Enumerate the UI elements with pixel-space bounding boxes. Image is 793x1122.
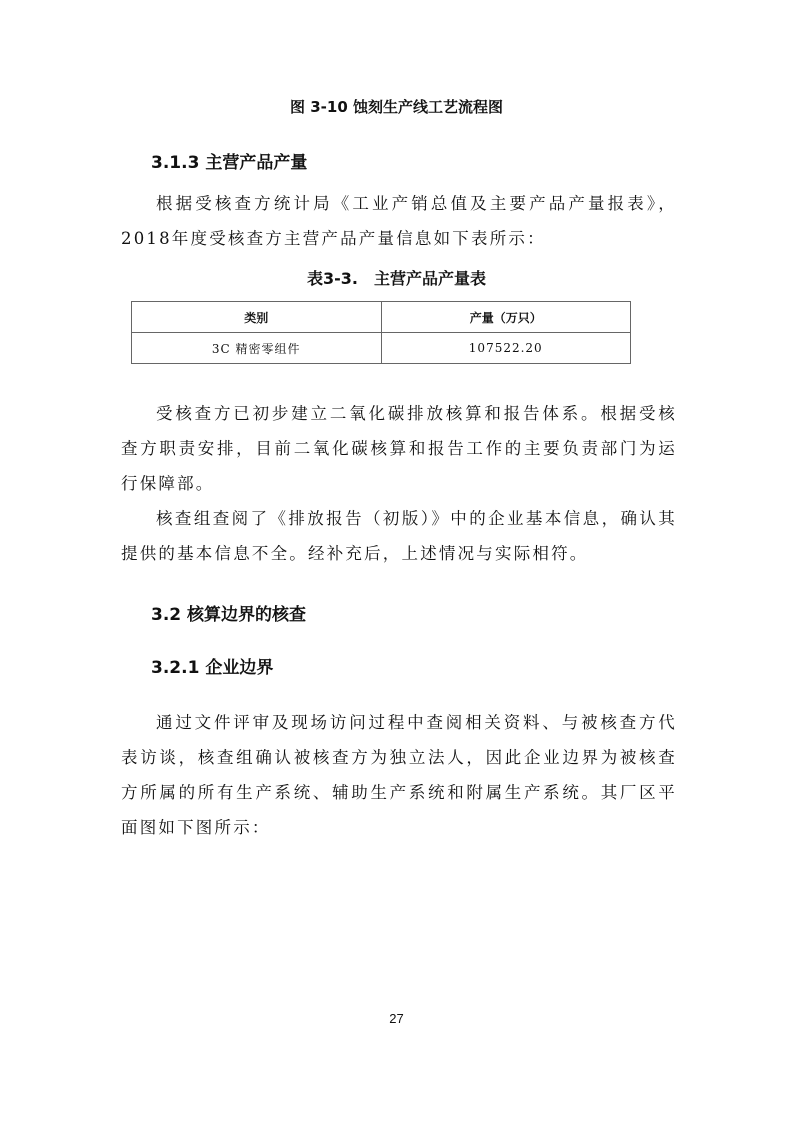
figure-caption: 图 3-10 蚀刻生产线工艺流程图 [0,96,793,117]
cell-output: 107522.20 [381,333,631,364]
product-output-table: 类别 产量（万只） 3C 精密零组件 107522.20 [131,301,631,364]
table-title: 表3-3. 主营产品产量表 [0,266,793,289]
section-heading-3-2-1: 3.2.1 企业边界 [151,653,273,678]
table-header-row: 类别 产量（万只） [132,302,631,333]
paragraph-enterprise-boundary: 通过文件评审及现场访问过程中查阅相关资料、与被核查方代表访谈，核查组确认被核查方… [121,705,677,845]
paragraph-reporting-system: 受核查方已初步建立二氧化碳排放核算和报告体系。根据受核查方职责安排，目前二氧化碳… [121,396,677,501]
cell-category: 3C 精密零组件 [132,333,382,364]
page-number: 27 [0,1011,793,1026]
column-header-output: 产量（万只） [381,302,631,333]
document-page: 图 3-10 蚀刻生产线工艺流程图 3.1.3 主营产品产量 根据受核查方统计局… [0,0,793,1122]
section-heading-3-2: 3.2 核算边界的核查 [151,600,306,625]
paragraph-basic-info-review: 核查组查阅了《排放报告（初版）》中的企业基本信息，确认其提供的基本信息不全。经补… [121,501,677,571]
section-heading-3-1-3: 3.1.3 主营产品产量 [151,148,307,173]
table-row: 3C 精密零组件 107522.20 [132,333,631,364]
column-header-category: 类别 [132,302,382,333]
paragraph-product-output-intro: 根据受核查方统计局《工业产销总值及主要产品产量报表》，2018年度受核查方主营产… [121,186,677,256]
